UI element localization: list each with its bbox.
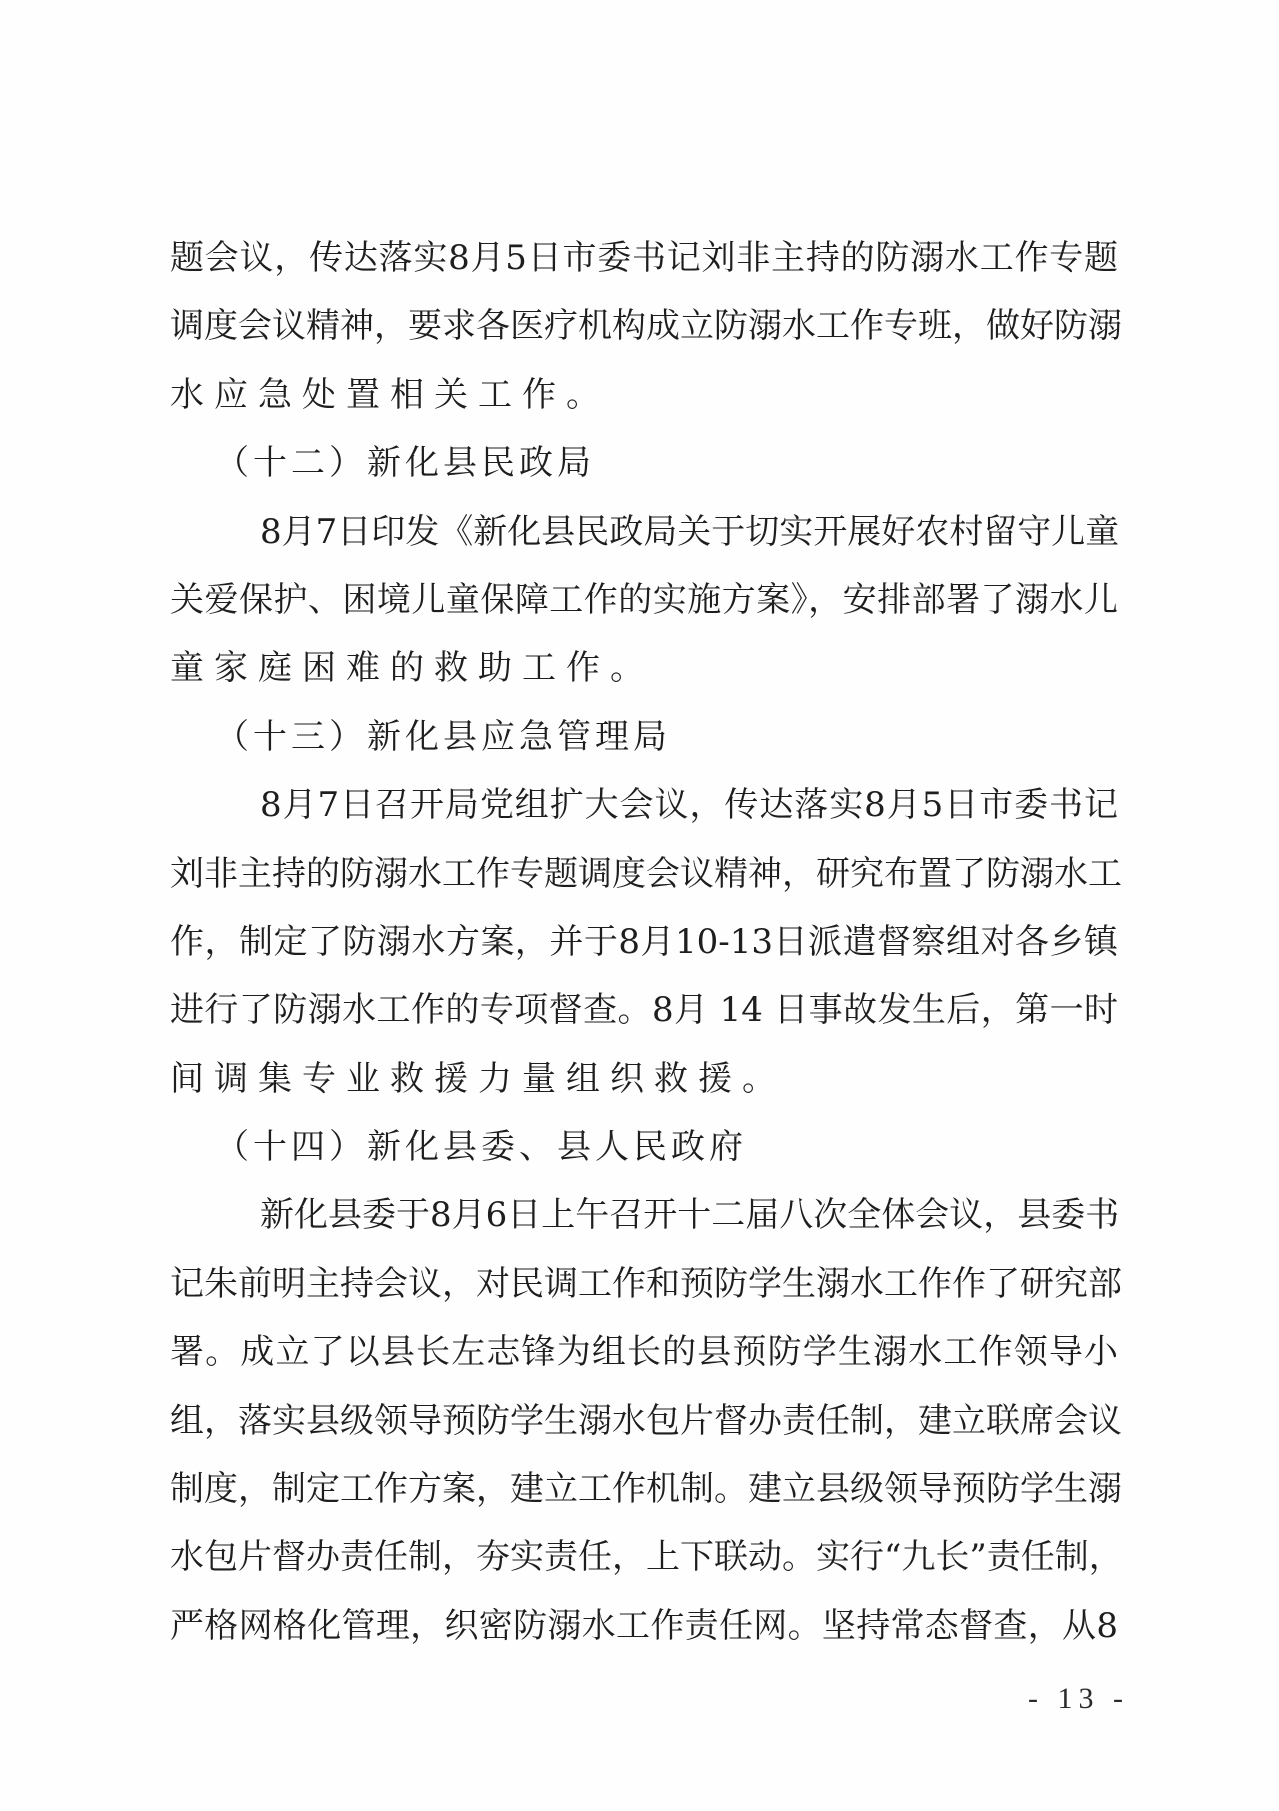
- paragraph-start: 新化县委于8月6日上午召开十二届八次全体会议，县委书: [170, 1195, 1118, 1263]
- text-line: 署。成立了以县长左志锋为组长的县预防学生溺水工作领导小: [170, 1332, 1118, 1400]
- body-text: 题会议，传达落实8月5日市委书记刘非主持的防溺水工作专题 调度会议精神，要求各医…: [170, 238, 1118, 1674]
- section-heading: （十四）新化县委、县人民政府: [170, 1127, 1118, 1195]
- text-line: 组，落实县级领导预防学生溺水包片督办责任制，建立联席会议: [170, 1401, 1118, 1469]
- text-line: 进行了防溺水工作的专项督查。8月 14 日事故发生后，第一时: [170, 990, 1118, 1058]
- text-line: 童家庭困难的救助工作。: [170, 648, 1118, 716]
- document-page: 题会议，传达落实8月5日市委书记刘非主持的防溺水工作专题 调度会议精神，要求各医…: [0, 0, 1279, 1811]
- page-number: - 13 -: [1028, 1682, 1129, 1716]
- section-heading: （十二）新化县民政局: [170, 443, 1118, 511]
- text-line: 水应急处置相关工作。: [170, 375, 1118, 443]
- text-line: 严格网格化管理，织密防溺水工作责任网。坚持常态督查，从8: [170, 1606, 1118, 1674]
- text-line: 间调集专业救援力量组织救援。: [170, 1059, 1118, 1127]
- text-line: 刘非主持的防溺水工作专题调度会议精神，研究布置了防溺水工: [170, 854, 1118, 922]
- text-line: 关爱保护、困境儿童保障工作的实施方案》，安排部署了溺水儿: [170, 580, 1118, 648]
- text-line: 制度，制定工作方案，建立工作机制。建立县级领导预防学生溺: [170, 1469, 1118, 1537]
- text-line: 记朱前明主持会议，对民调工作和预防学生溺水工作作了研究部: [170, 1264, 1118, 1332]
- text-line: 题会议，传达落实8月5日市委书记刘非主持的防溺水工作专题: [170, 238, 1118, 306]
- section-heading: （十三）新化县应急管理局: [170, 717, 1118, 785]
- paragraph-start: 8月7日召开局党组扩大会议，传达落实8月5日市委书记: [170, 785, 1118, 853]
- text-line: 作，制定了防溺水方案，并于8月10-13日派遣督察组对各乡镇: [170, 922, 1118, 990]
- paragraph-start: 8月7日印发《新化县民政局关于切实开展好农村留守儿童: [170, 512, 1118, 580]
- text-line: 调度会议精神，要求各医疗机构成立防溺水工作专班，做好防溺: [170, 306, 1118, 374]
- text-line: 水包片督办责任制，夯实责任，上下联动。实行“九长”责任制，: [170, 1537, 1118, 1605]
